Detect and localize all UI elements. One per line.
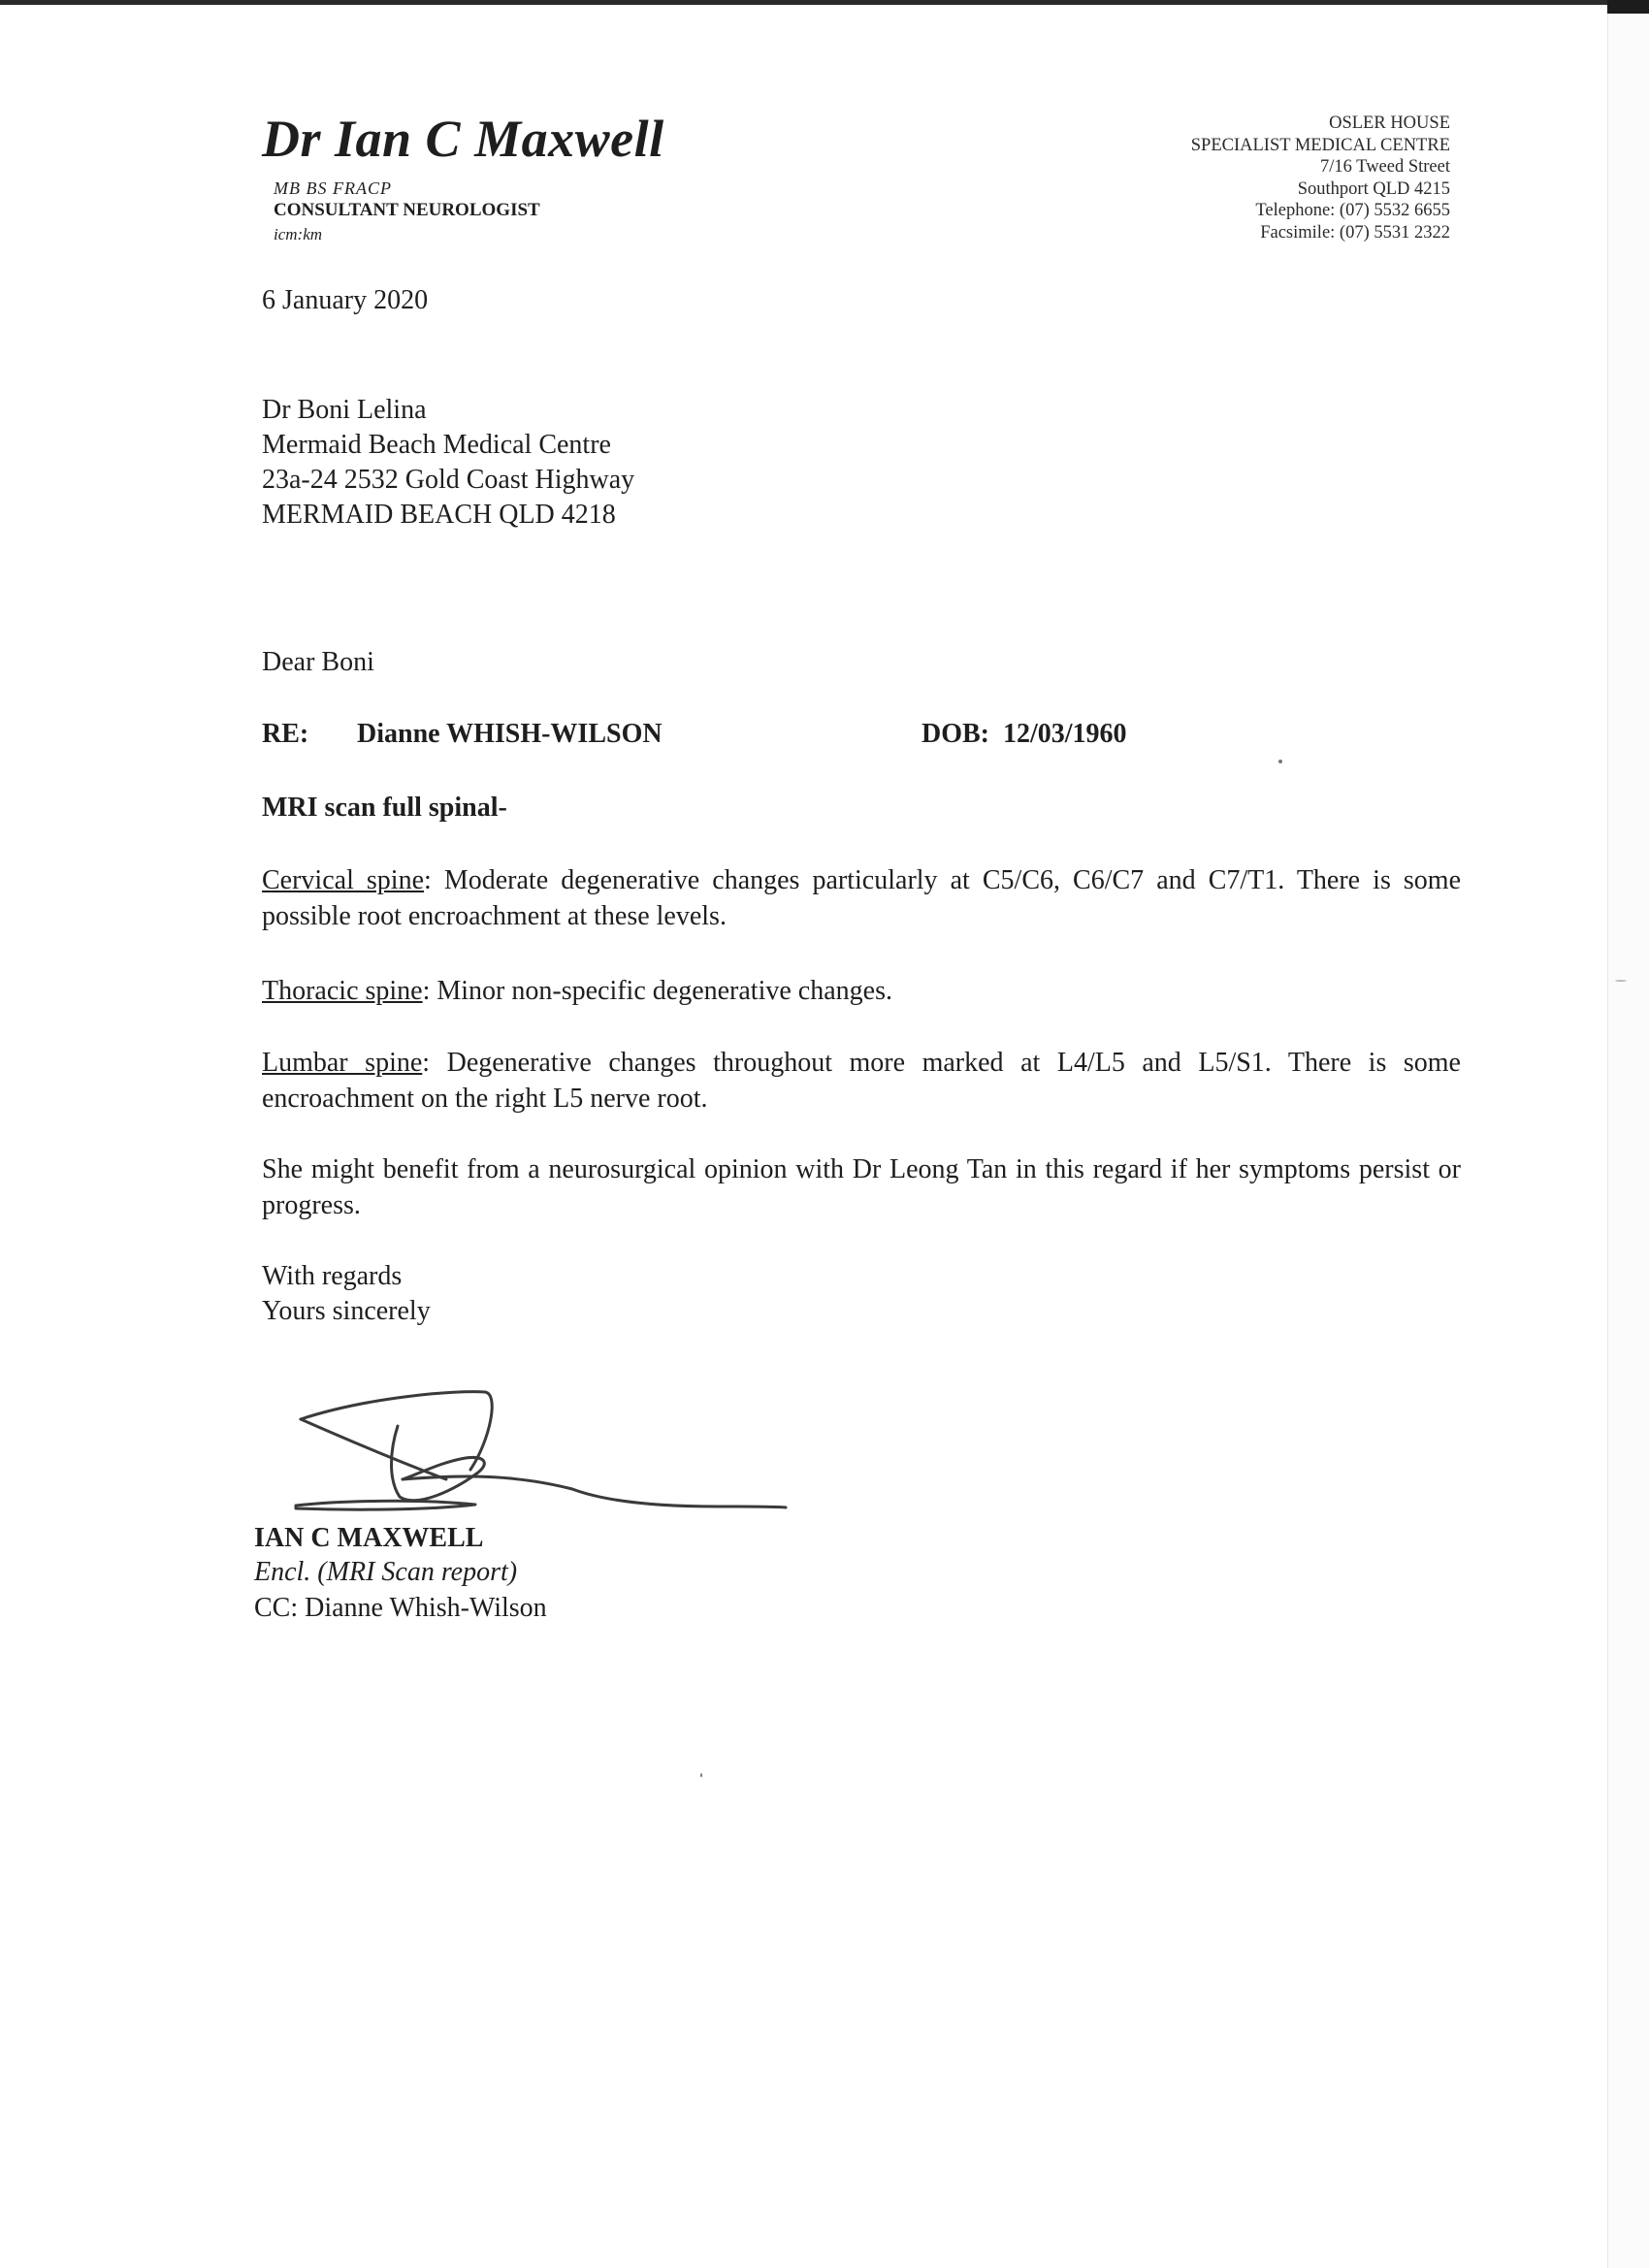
handwritten-signature	[281, 1382, 805, 1518]
practice-name: OSLER HOUSE	[1191, 113, 1450, 135]
letterhead-title: CONSULTANT NEUROLOGIST	[274, 200, 540, 221]
scan-speck	[1615, 980, 1627, 982]
letterhead-reference: icm:km	[274, 225, 322, 244]
dob-value: 12/03/1960	[1003, 719, 1127, 749]
scan-speck	[700, 1773, 702, 1777]
finding-lumbar: Lumbar spine: Degenerative changes throu…	[262, 1045, 1461, 1117]
finding-text: : Moderate degenerative changes particul…	[262, 865, 1461, 931]
dob-line: DOB: 12/03/1960	[921, 719, 1127, 750]
finding-text: : Minor non-specific degenerative change…	[423, 976, 892, 1006]
scan-edge-corner	[1607, 0, 1649, 14]
practice-suburb: Southport QLD 4215	[1191, 178, 1450, 201]
re-line: RE:Dianne WHISH-WILSON	[262, 719, 663, 750]
letter-subject: MRI scan full spinal-	[262, 793, 507, 824]
practice-centre: SPECIALIST MEDICAL CENTRE	[1191, 135, 1450, 157]
patient-name: Dianne WHISH-WILSON	[357, 719, 663, 749]
re-label: RE:	[262, 719, 357, 750]
recipient-address-block: Dr Boni Lelina Mermaid Beach Medical Cen…	[262, 393, 634, 533]
dob-label: DOB:	[921, 719, 989, 749]
finding-heading: Cervical spine	[262, 865, 424, 895]
recipient-organisation: Mermaid Beach Medical Centre	[262, 428, 634, 463]
closing-line-2: Yours sincerely	[262, 1294, 431, 1329]
finding-thoracic: Thoracic spine: Minor non-specific degen…	[262, 973, 1461, 1009]
cc-line: CC: Dianne Whish-Wilson	[254, 1593, 547, 1624]
recommendation-paragraph: She might benefit from a neurosurgical o…	[262, 1151, 1461, 1223]
recipient-name: Dr Boni Lelina	[262, 393, 634, 428]
signer-name: IAN C MAXWELL	[254, 1523, 483, 1554]
practice-street: 7/16 Tweed Street	[1191, 156, 1450, 178]
finding-heading: Thoracic spine	[262, 976, 423, 1006]
recipient-street: 23a-24 2532 Gold Coast Highway	[262, 463, 634, 498]
letter-date: 6 January 2020	[262, 285, 428, 316]
finding-cervical: Cervical spine: Moderate degenerative ch…	[262, 862, 1461, 934]
closing-line-1: With regards	[262, 1259, 431, 1294]
finding-text: : Degenerative changes throughout more m…	[262, 1048, 1461, 1114]
letterhead-qualifications: MB BS FRACP	[274, 178, 392, 199]
enclosure-note: Encl. (MRI Scan report)	[254, 1557, 517, 1588]
finding-heading: Lumbar spine	[262, 1048, 422, 1078]
practice-address-block: OSLER HOUSE SPECIALIST MEDICAL CENTRE 7/…	[1191, 113, 1450, 243]
letterhead-doctor-name: Dr Ian C Maxwell	[262, 109, 664, 169]
scan-speck	[1278, 760, 1282, 763]
scan-edge-right	[1607, 0, 1649, 2268]
scan-edge-top	[0, 0, 1649, 5]
closing-block: With regards Yours sincerely	[262, 1259, 431, 1329]
practice-facsimile: Facsimile: (07) 5531 2322	[1191, 222, 1450, 244]
recipient-suburb: MERMAID BEACH QLD 4218	[262, 498, 634, 533]
practice-telephone: Telephone: (07) 5532 6655	[1191, 200, 1450, 222]
salutation: Dear Boni	[262, 647, 374, 678]
